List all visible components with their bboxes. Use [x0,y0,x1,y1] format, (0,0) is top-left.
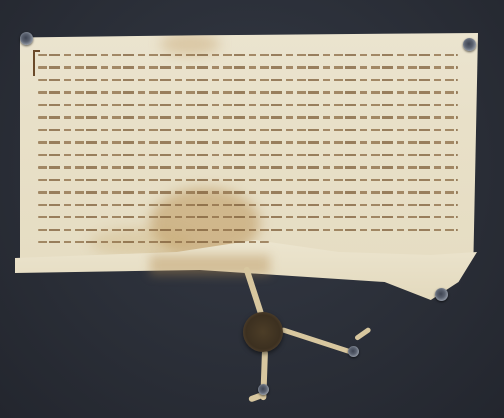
text-line [38,129,458,131]
text-line [38,116,458,118]
wax-seal [243,312,283,352]
pin-top-left [20,32,33,45]
text-line [38,91,458,93]
text-line [38,166,458,168]
pin-top-right [463,38,476,51]
text-line [38,66,458,68]
text-line [38,179,458,181]
text-line [38,141,458,143]
text-line [38,54,458,56]
text-line [38,241,269,243]
fold-shadow [150,255,270,275]
stain-top [160,33,220,55]
manuscript-text-block [38,54,458,254]
text-line [38,216,458,218]
pin-strap-bottom [258,384,269,395]
pin-bottom-right [435,288,448,301]
text-line [38,229,458,231]
text-line [38,104,458,106]
text-line [38,191,458,193]
pin-strap-right [348,346,359,357]
text-line [38,154,458,156]
text-line [38,79,458,81]
text-line [38,204,458,206]
